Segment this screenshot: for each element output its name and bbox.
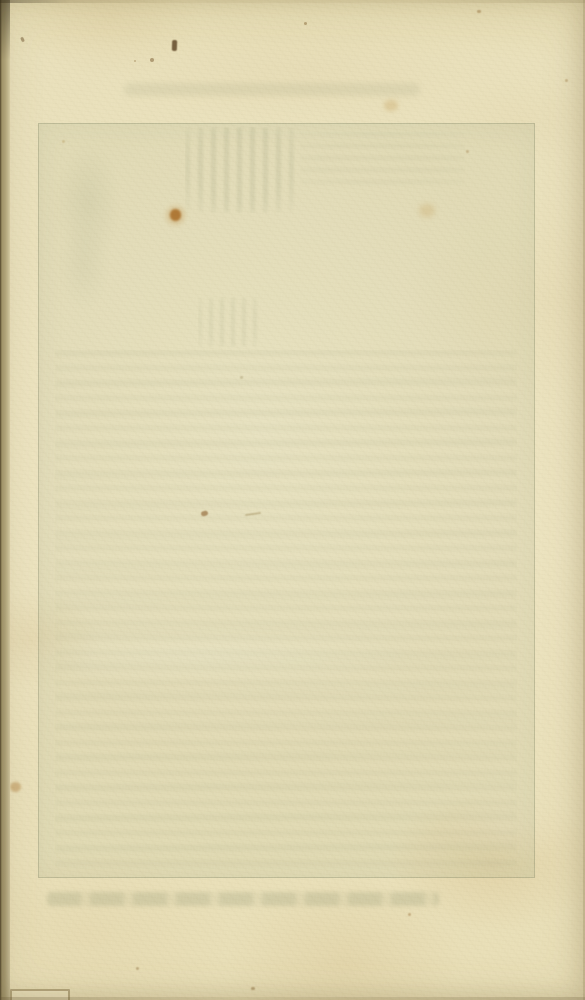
scanned-book-page: [0, 0, 585, 1000]
edge-vignette: [0, 0, 585, 1000]
